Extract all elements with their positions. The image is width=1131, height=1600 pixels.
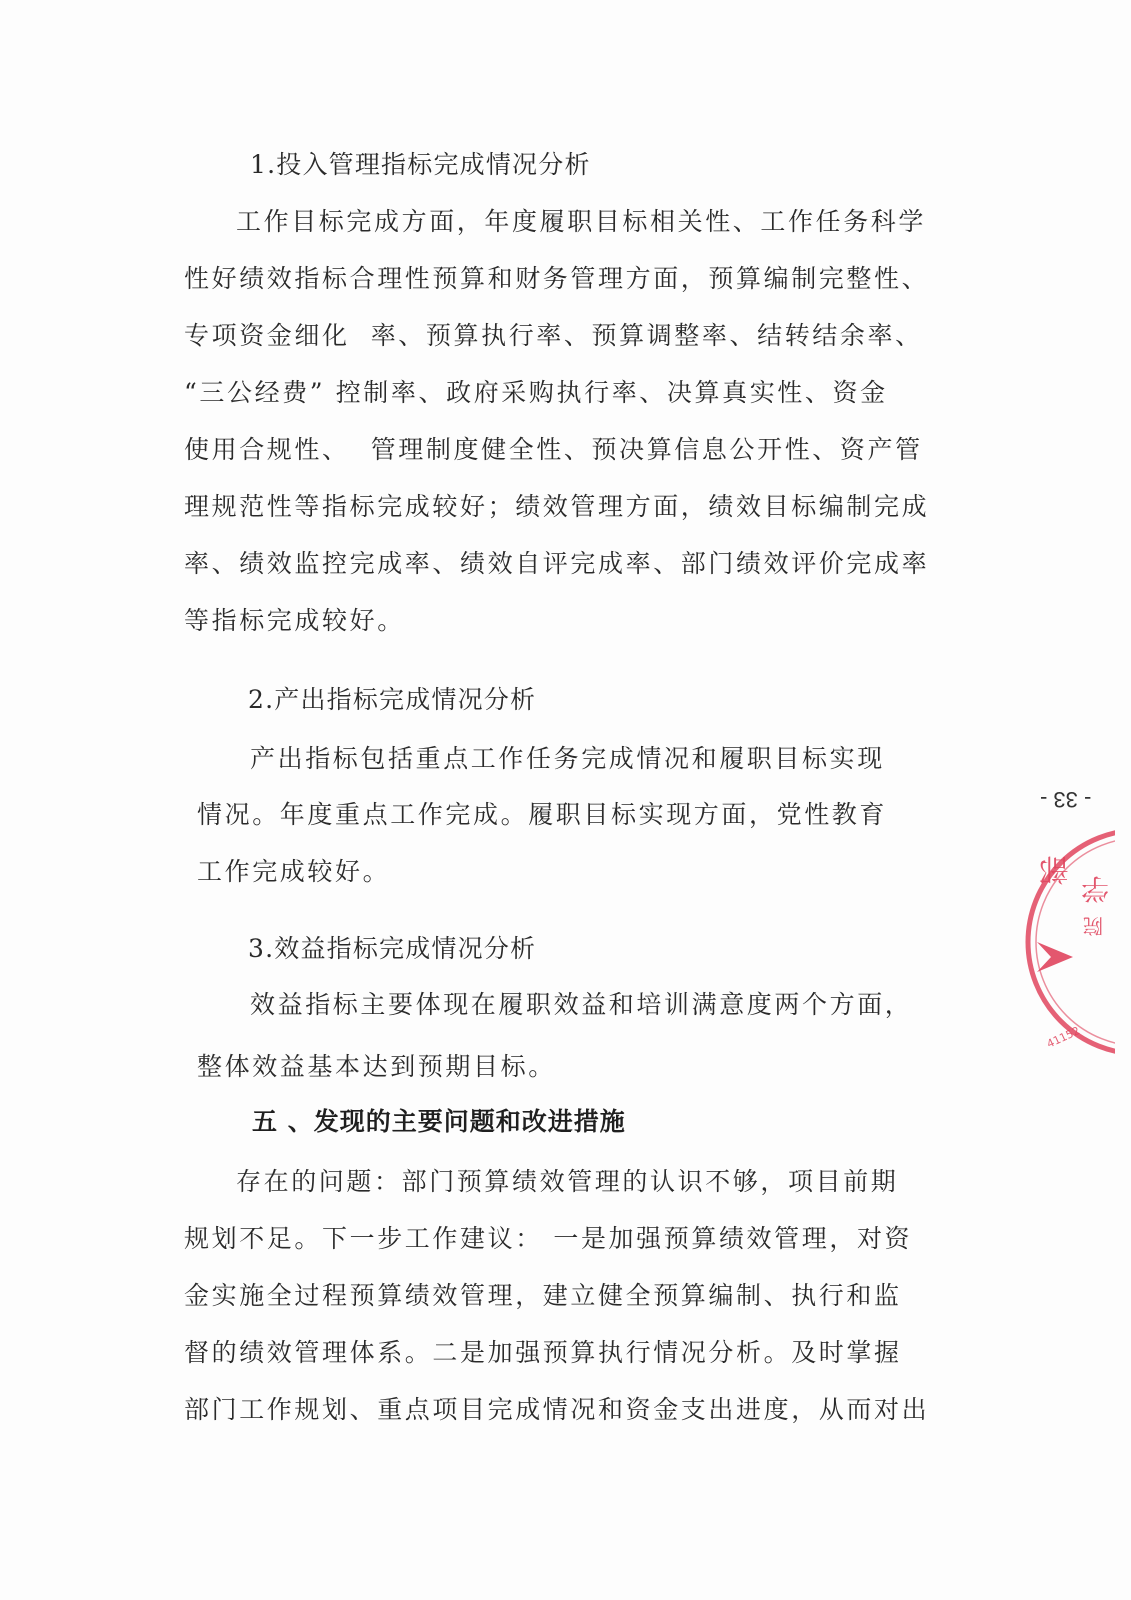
paragraph-line: 等指标完成较好。 <box>184 606 405 636</box>
paragraph-line: “三公经费” 控制率、政府采购执行率、决算真实性、资金 <box>184 378 888 408</box>
paragraph-line: 工作完成较好。 <box>197 857 390 887</box>
paragraph-line: 情况。年度重点工作完成。履职目标实现方面，党性教育 <box>197 800 887 830</box>
paragraph-line: 金实施全过程预算绩效管理，建立健全预算编制、执行和监 <box>184 1281 902 1311</box>
svg-text:41152: 41152 <box>1045 1024 1082 1051</box>
svg-text:学: 学 <box>1081 872 1109 905</box>
paragraph-line: 理规范性等指标完成较好；绩效管理方面，绩效目标编制完成 <box>184 492 929 522</box>
paragraph-line: 整体效益基本达到预期目标。 <box>197 1052 556 1082</box>
section-title-problems-and-measures: 五 、发现的主要问题和改进措施 <box>252 1107 626 1137</box>
section-heading-benefit-indicators: 3.效益指标完成情况分析 <box>248 934 536 964</box>
paragraph-line: 率、绩效监控完成率、绩效自评完成率、部门绩效评价完成率 <box>184 549 929 579</box>
svg-text:部: 部 <box>1039 851 1069 886</box>
paragraph-line: 部门工作规划、重点项目完成情况和资金支出进度，从而对出 <box>184 1395 929 1425</box>
paragraph-line: 规划不足。下一步工作建议： 一是加强预算绩效管理，对资 <box>184 1224 912 1254</box>
document-page: 1.投入管理指标完成情况分析 工作目标完成方面，年度履职目标相关性、工作任务科学… <box>0 0 1131 1600</box>
seal-icon: 部 学 院 41152 <box>1015 825 1115 1060</box>
paragraph-line: 存在的问题：部门预算绩效管理的认识不够，项目前期 <box>236 1167 898 1197</box>
paragraph-line: 使用合规性、 管理制度健全性、预决算信息公开性、资产管 <box>184 435 923 465</box>
section-heading-input-management: 1.投入管理指标完成情况分析 <box>250 150 591 180</box>
paragraph-line: 专项资金细化 率、预算执行率、预算调整率、结转结余率、 <box>184 321 923 351</box>
paragraph-line: 工作目标完成方面，年度履职目标相关性、工作任务科学 <box>236 207 926 237</box>
official-seal-stamp: 部 学 院 41152 <box>1015 825 1115 1060</box>
paragraph-line: 督的绩效管理体系。二是加强预算执行情况分析。及时掌握 <box>184 1338 902 1368</box>
paragraph-line: 性好绩效指标合理性预算和财务管理方面，预算编制完整性、 <box>184 264 929 294</box>
page-number: - 33 - <box>1040 786 1091 812</box>
paragraph-line: 产出指标包括重点工作任务完成情况和履职目标实现 <box>250 744 885 774</box>
section-heading-output-indicators: 2.产出指标完成情况分析 <box>248 685 536 715</box>
svg-text:院: 院 <box>1083 914 1103 938</box>
paragraph-line: 效益指标主要体现在履职效益和培训满意度两个方面， <box>250 990 912 1020</box>
